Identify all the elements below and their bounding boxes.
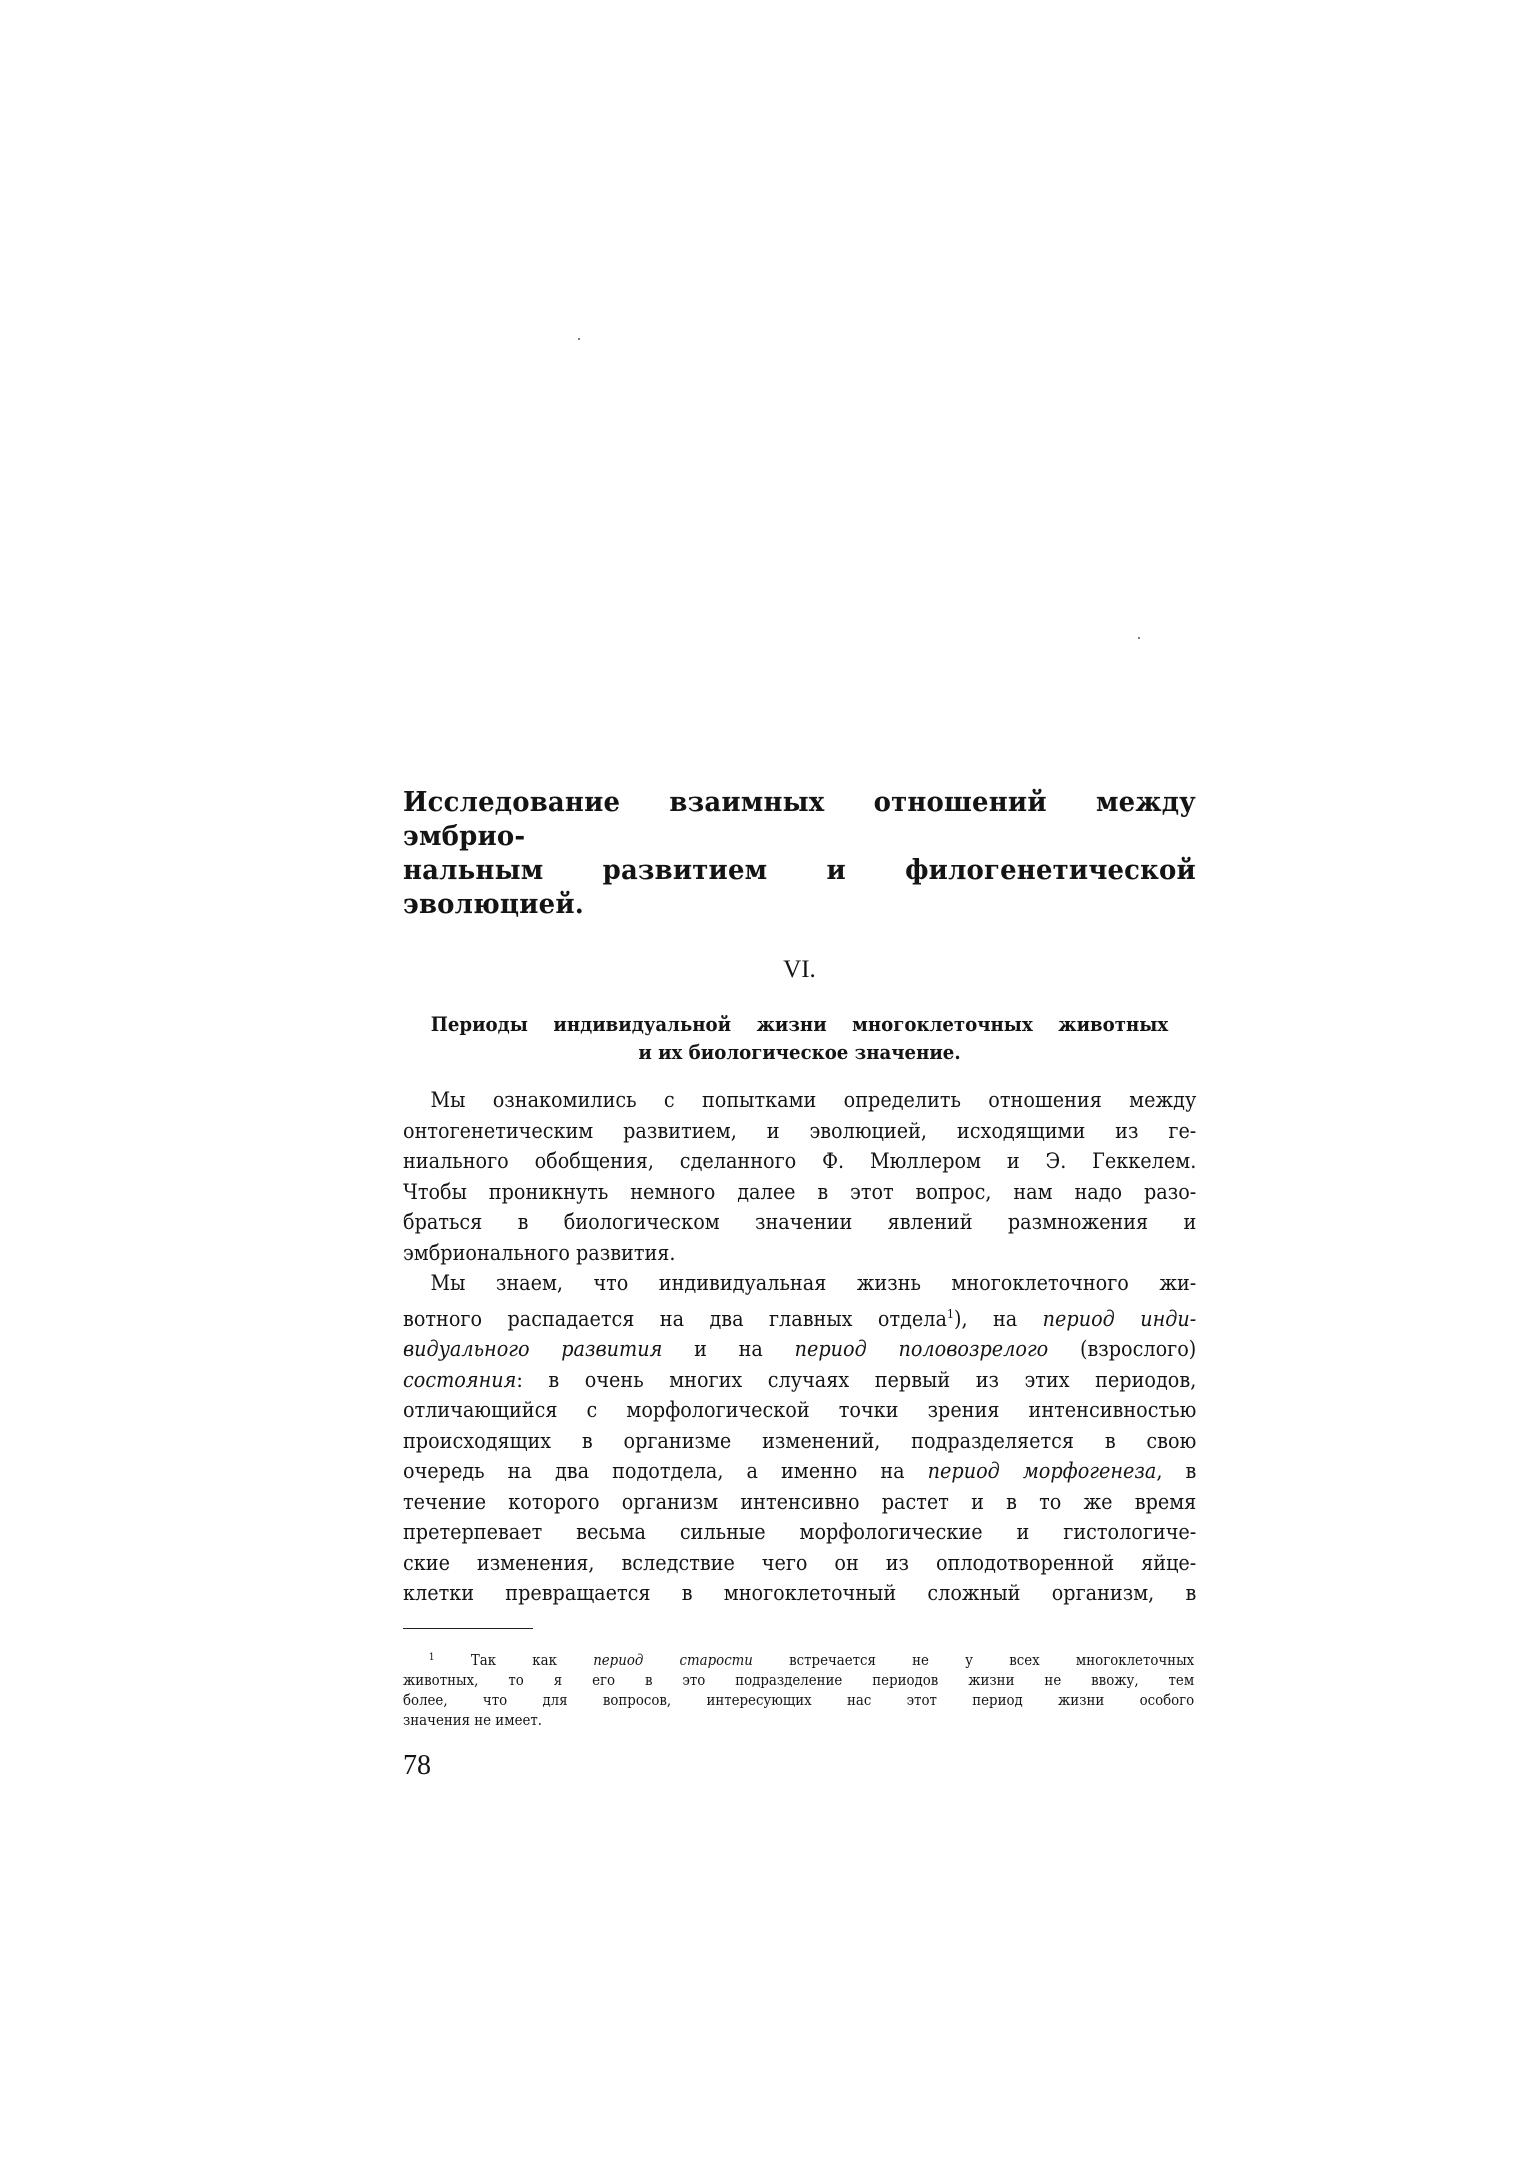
text-line: происходящих в организме изменений, подр… <box>403 1426 1196 1457</box>
text-line: отличающийся с морфологической точки зре… <box>403 1395 1196 1426</box>
text-span: : в очень многих случаях первый из этих … <box>516 1368 1196 1392</box>
text-span: и на <box>662 1337 794 1361</box>
text-line: браться в биологическом значении явлений… <box>403 1207 1196 1238</box>
footnote: 1 Так как период старости встречается не… <box>403 1648 1194 1731</box>
text-line: видуального развития и на период половоз… <box>403 1334 1196 1365</box>
subtitle-line: Периоды индивидуальной жизни многоклеточ… <box>431 1011 1168 1039</box>
text-span: ), на <box>954 1307 1043 1331</box>
footnote-line: более, что для вопросов, интересующих на… <box>403 1691 1194 1711</box>
emphasis: период старости <box>593 1653 753 1669</box>
text-line: эмбрионального развития. <box>403 1238 1196 1269</box>
text-span: вотного распадается на два главных отдел… <box>403 1307 947 1331</box>
text-line: Мы знаем, что индивидуальная жизнь много… <box>403 1268 1196 1299</box>
text-line: Мы ознакомились с попытками определить о… <box>403 1085 1196 1116</box>
text-line: состояния: в очень многих случаях первый… <box>403 1365 1196 1396</box>
emphasis: период инди- <box>1043 1307 1197 1331</box>
paragraph: Мы ознакомились с попытками определить о… <box>403 1085 1196 1268</box>
scan-speck <box>1138 637 1140 639</box>
subtitle-line: и их биологическое значение. <box>431 1039 1168 1067</box>
section-subtitle: Периоды индивидуальной жизни многоклеточ… <box>431 1011 1168 1067</box>
title-line: Исследование взаимных отношений между эм… <box>403 786 1196 854</box>
footnote-line: животных, то я его в это подразделение п… <box>403 1671 1194 1691</box>
page-number: 78 <box>403 1750 431 1782</box>
text-line: претерпевает весьма сильные морфологичес… <box>403 1517 1196 1548</box>
text-span: очередь на два подотдела, а именно на <box>403 1459 928 1483</box>
title-line: нальным развитием и филогенетической эво… <box>403 854 1196 922</box>
page-content: Исследование взаимных отношений между эм… <box>403 786 1196 1609</box>
text-line: онтогенетическим развитием, и эволюцией,… <box>403 1116 1196 1147</box>
text-span: , в <box>1156 1459 1196 1483</box>
scan-speck <box>578 338 580 340</box>
text-span: (взрослого) <box>1048 1337 1196 1361</box>
text-line: вотного распадается на два главных отдел… <box>403 1299 1196 1335</box>
text-line: ские изменения, вследствие чего он из оп… <box>403 1548 1196 1579</box>
emphasis: период половозрелого <box>795 1337 1049 1361</box>
text-line: ниального обобщения, сделанного Ф. Мюлле… <box>403 1146 1196 1177</box>
text-span: Так как <box>435 1653 594 1669</box>
footnote-line: 1 Так как период старости встречается не… <box>403 1648 1194 1671</box>
text-line: течение которого организм интенсивно рас… <box>403 1487 1196 1518</box>
footnote-line: значения не имеет. <box>403 1711 1194 1731</box>
text-line: Чтобы проникнуть немного далее в этот во… <box>403 1177 1196 1208</box>
emphasis: период морфогенеза <box>928 1459 1157 1483</box>
text-line: очередь на два подотдела, а именно на пе… <box>403 1456 1196 1487</box>
emphasis: состояния <box>403 1368 516 1392</box>
chapter-title: Исследование взаимных отношений между эм… <box>403 786 1196 922</box>
text-line: клетки превращается в многоклеточный сло… <box>403 1578 1196 1609</box>
paragraph: Мы знаем, что индивидуальная жизнь много… <box>403 1268 1196 1609</box>
footnote-divider <box>403 1628 533 1629</box>
body-text: Мы ознакомились с попытками определить о… <box>403 1085 1196 1609</box>
chapter-number: VI. <box>403 955 1196 985</box>
emphasis: видуального развития <box>403 1337 662 1361</box>
text-span: встречается не у всех многоклеточных <box>753 1653 1194 1669</box>
